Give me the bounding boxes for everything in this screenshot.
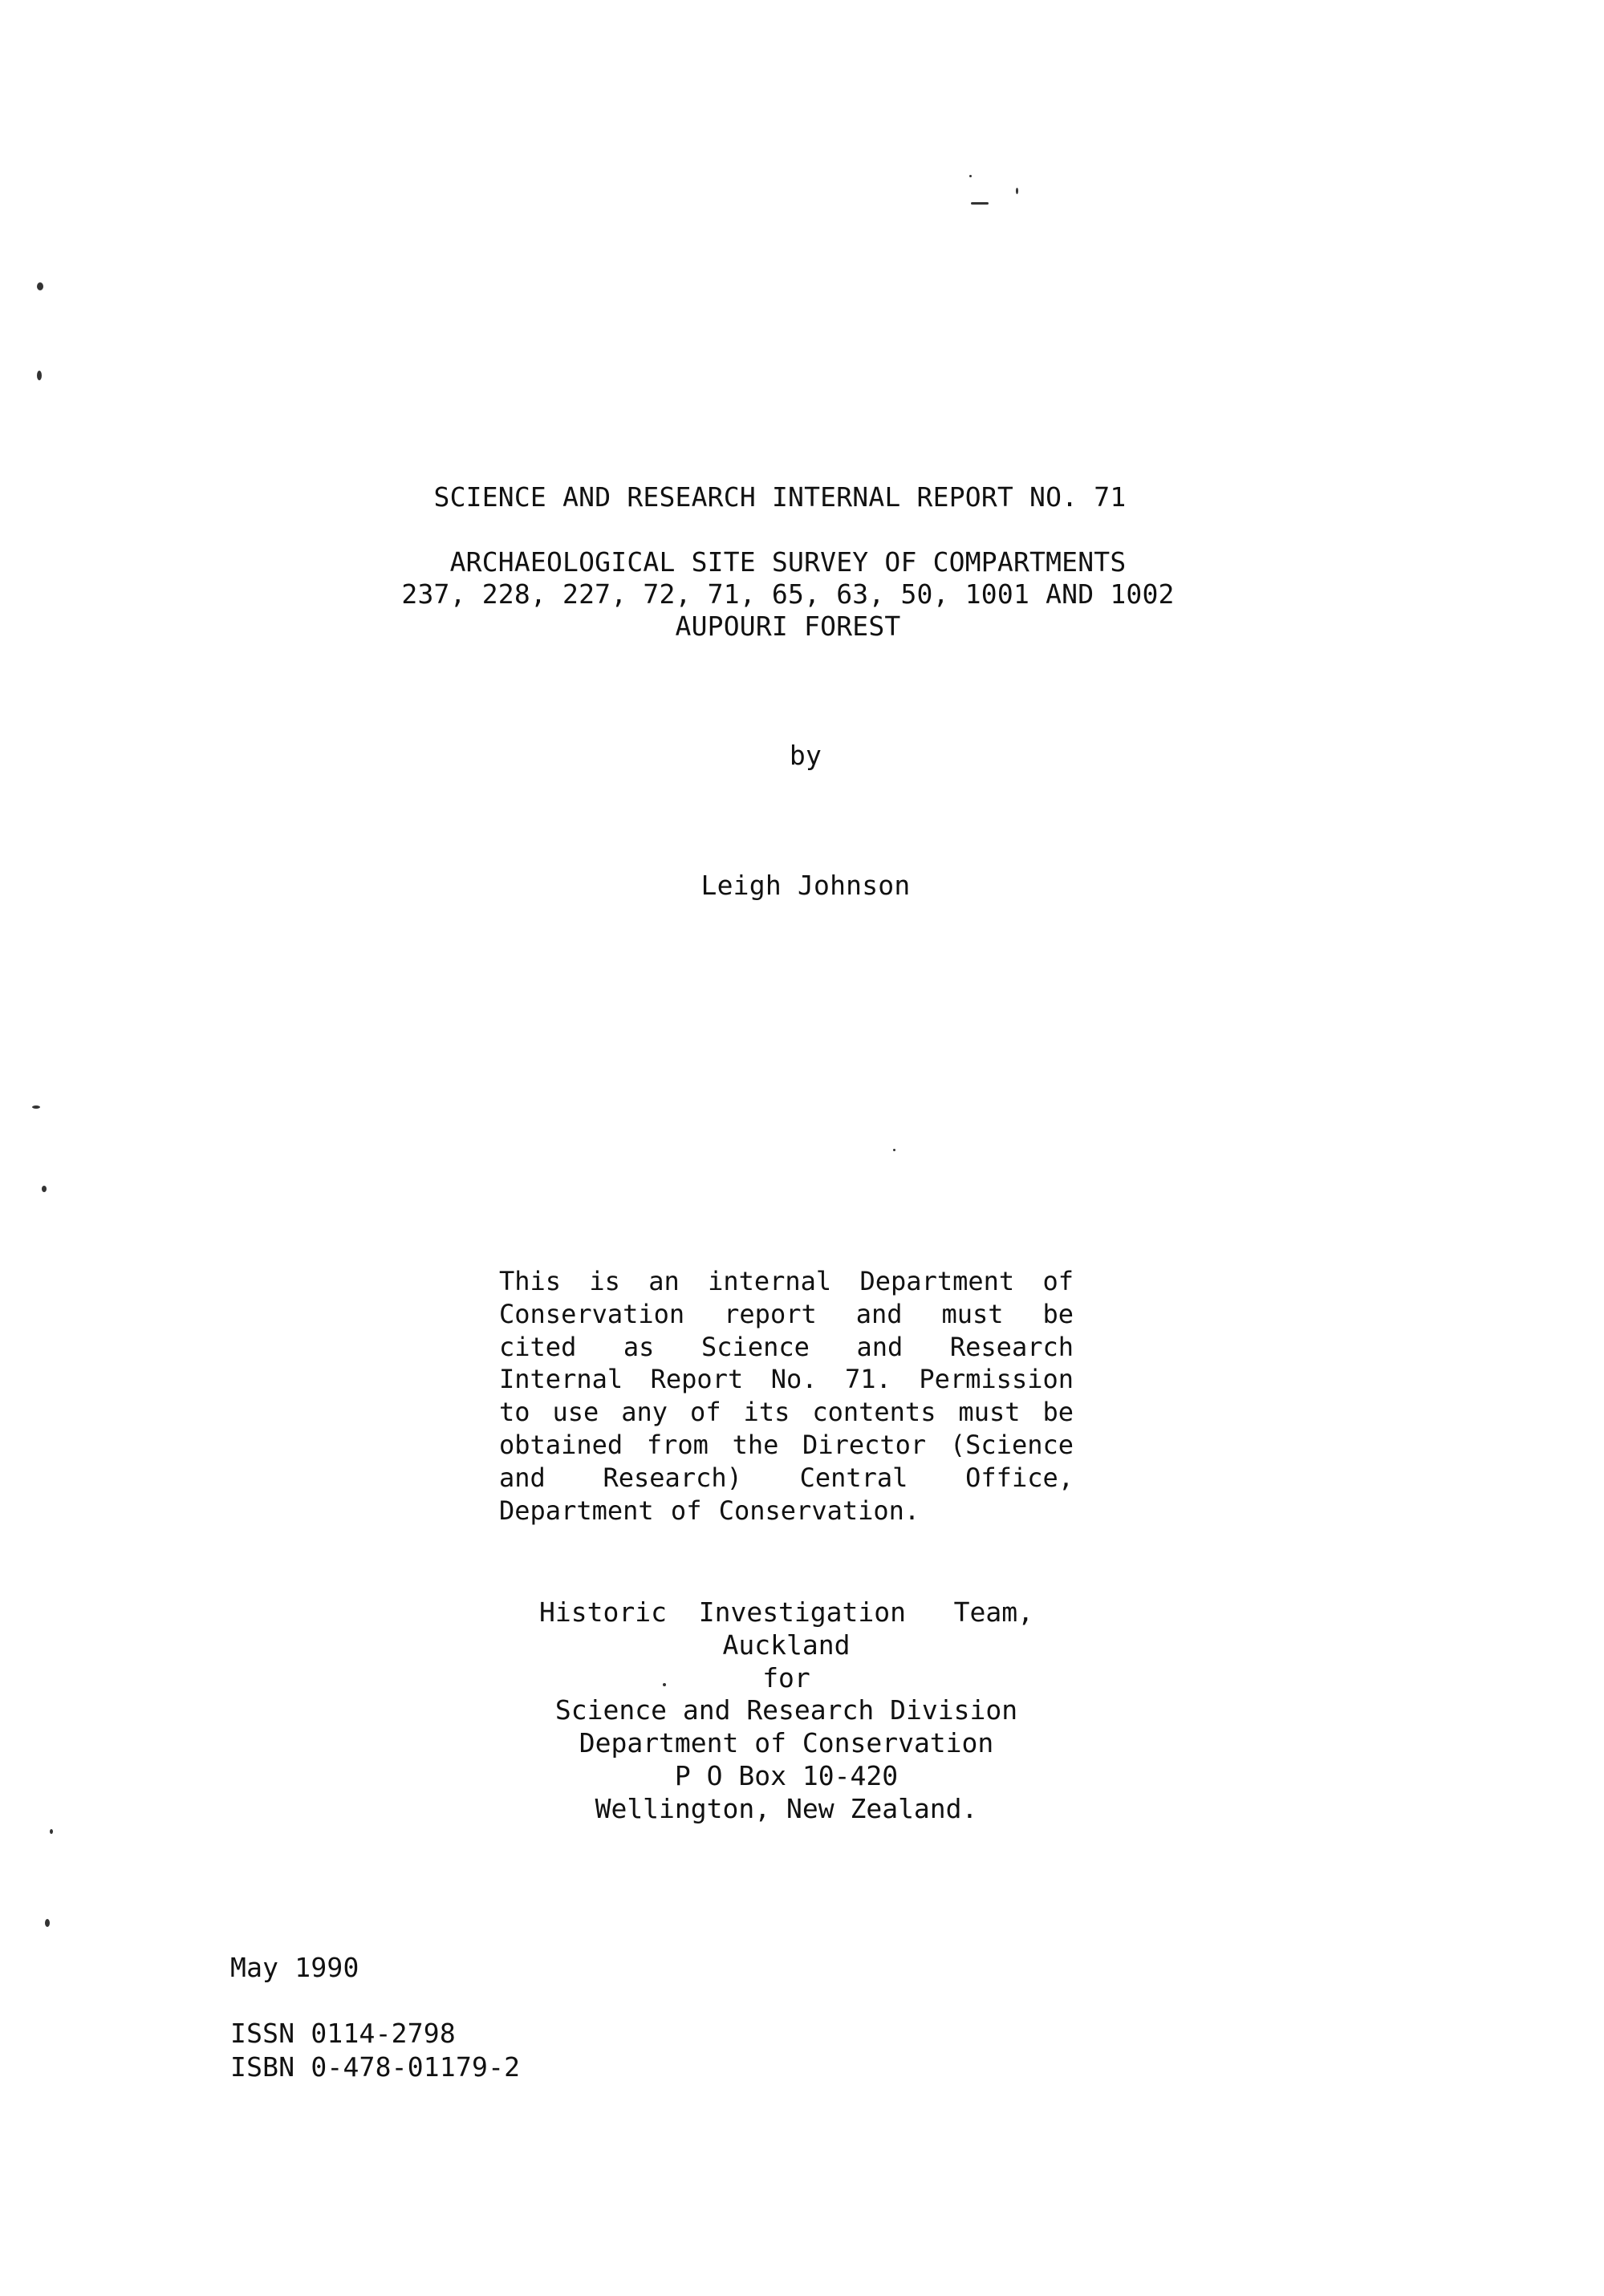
by-label: by: [26, 740, 1586, 772]
address-line: P O Box 10-420: [0, 1760, 1573, 1793]
address-line: Science and Research Division: [0, 1694, 1573, 1727]
scan-speck: [42, 1186, 47, 1192]
notice-line: Conservation report and must be: [499, 1298, 1074, 1331]
citation-notice: This is an internal Department of Conser…: [499, 1265, 1074, 1527]
address-line: Auckland: [0, 1629, 1573, 1662]
scan-speck: [32, 1105, 40, 1109]
scan-speck: [969, 175, 972, 177]
issn-number: ISSN 0114-2798: [230, 2018, 456, 2050]
scan-speck: [37, 371, 42, 380]
address-line: for: [0, 1662, 1573, 1695]
scan-speck: [893, 1149, 895, 1151]
notice-line: and Research) Central Office,: [499, 1462, 1074, 1495]
report-title-line-1: ARCHAEOLOGICAL SITE SURVEY OF COMPARTMEN…: [8, 546, 1568, 578]
address-line: Historic Investigation Team,: [0, 1596, 1573, 1629]
scan-speck: [45, 1919, 50, 1927]
notice-line: Internal Report No. 71. Permission: [499, 1363, 1074, 1396]
isbn-number: ISBN 0-478-01179-2: [230, 2051, 520, 2083]
scan-speck: [1016, 188, 1018, 194]
address-line: Wellington, New Zealand.: [0, 1793, 1573, 1826]
scan-speck: [971, 202, 989, 205]
author-name: Leigh Johnson: [26, 870, 1586, 902]
address-line: Department of Conservation: [0, 1727, 1573, 1760]
scan-speck: [37, 282, 43, 290]
notice-line: cited as Science and Research: [499, 1331, 1074, 1364]
report-title-line-2: 237, 228, 227, 72, 71, 65, 63, 50, 1001 …: [8, 578, 1568, 611]
publisher-address: Historic Investigation Team, Auckland fo…: [0, 1596, 1573, 1826]
notice-line: Department of Conservation.: [499, 1495, 1074, 1527]
scan-speck: [663, 1683, 666, 1686]
report-series-heading: SCIENCE AND RESEARCH INTERNAL REPORT NO.…: [0, 481, 1560, 513]
publication-date: May 1990: [230, 1952, 359, 1984]
notice-line: This is an internal Department of: [499, 1265, 1074, 1298]
notice-line: to use any of its contents must be: [499, 1396, 1074, 1429]
report-title-line-3: AUPOURI FOREST: [8, 611, 1568, 643]
scan-speck: [50, 1829, 53, 1834]
notice-line: obtained from the Director (Science: [499, 1429, 1074, 1462]
